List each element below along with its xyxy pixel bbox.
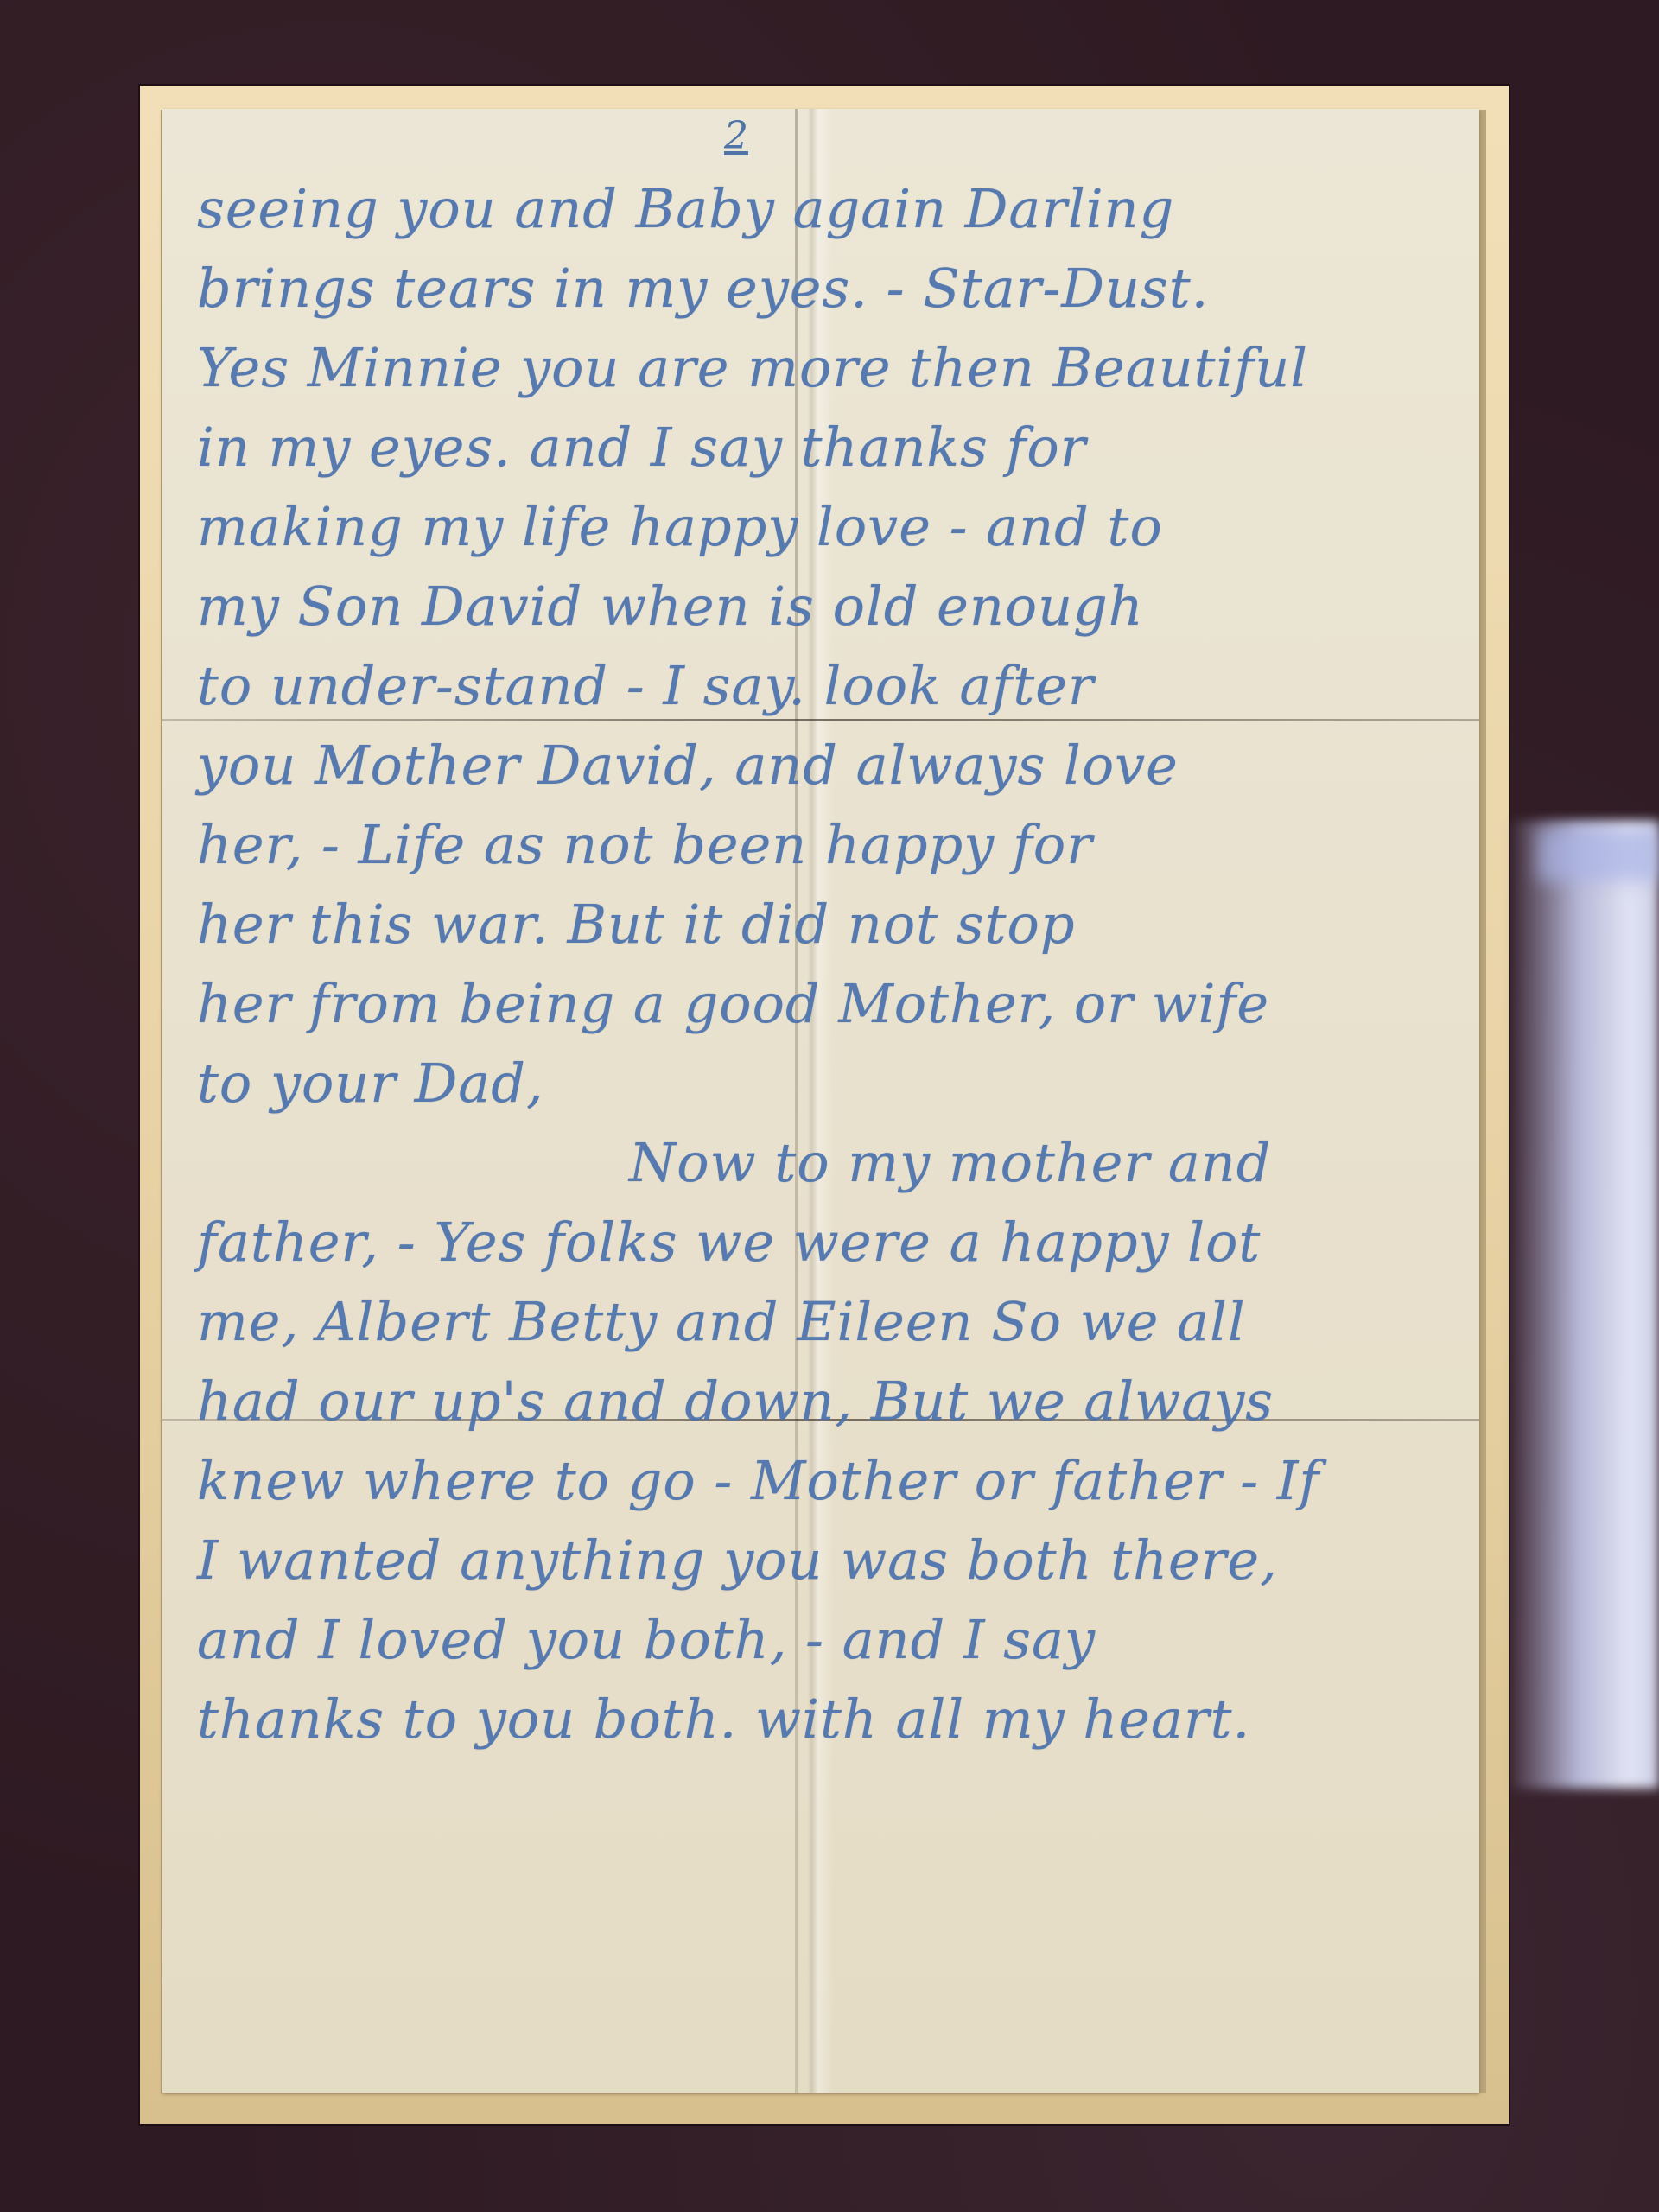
letter-line: in my eyes. and I say thanks for — [197, 408, 1459, 487]
letter-line: my Son David when is old enough — [197, 567, 1459, 646]
page-number: 2 — [724, 114, 748, 158]
letter-line: you Mother David, and always love — [197, 726, 1459, 805]
letter-line: and I loved you both, - and I say — [197, 1600, 1459, 1680]
letter-line: me, Albert Betty and Eileen So we all — [197, 1282, 1459, 1362]
glass-glare-highlight — [1538, 829, 1659, 881]
glass-glare — [1512, 821, 1659, 1789]
letter-paper: 2 seeing you and Baby again Darling brin… — [162, 109, 1479, 2093]
letter-line: thanks to you both. with all my heart. — [197, 1680, 1459, 1759]
letter-line: had our up's and down, But we always — [197, 1362, 1459, 1441]
letter-line: her this war. But it did not stop — [197, 885, 1459, 964]
letter-line: knew where to go - Mother or father - If — [197, 1441, 1459, 1521]
letter-line: making my life happy love - and to — [197, 487, 1459, 567]
letter-line: brings tears in my eyes. - Star-Dust. — [197, 249, 1459, 328]
letter-line: Now to my mother and — [197, 1123, 1459, 1203]
letter-line: her, - Life as not been happy for — [197, 805, 1459, 885]
letter-line: father, - Yes folks we were a happy lot — [197, 1203, 1459, 1282]
letter-body: seeing you and Baby again Darling brings… — [197, 169, 1459, 1759]
letter-line: Yes Minnie you are more then Beautiful — [197, 328, 1459, 408]
letter-line: seeing you and Baby again Darling — [197, 169, 1459, 249]
letter-line: to your Dad, — [197, 1044, 1459, 1123]
letter-line: her from being a good Mother, or wife — [197, 964, 1459, 1044]
letter-line: I wanted anything you was both there, — [197, 1521, 1459, 1600]
letter-line: to under-stand - I say. look after — [197, 646, 1459, 726]
